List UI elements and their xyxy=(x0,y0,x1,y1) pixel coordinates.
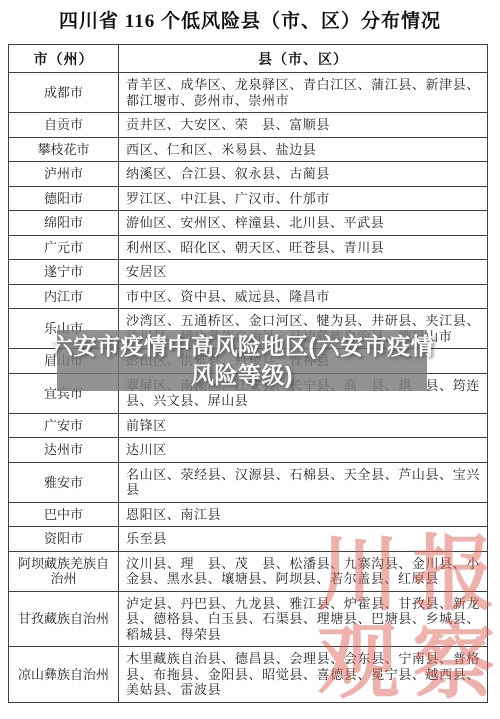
city-cell: 资阳市 xyxy=(9,527,119,552)
table-row: 雅安市名山区、荥经县、汉源县、石棉县、天全县、芦山县、宝兴县 xyxy=(9,462,488,502)
table-row: 巴中市恩阳区、南江县 xyxy=(9,502,488,527)
counties-cell: 利州区、昭化区、朝天区、旺苍县、青川县 xyxy=(119,235,488,260)
counties-cell: 名山区、荥经县、汉源县、石棉县、天全县、芦山县、宝兴县 xyxy=(119,462,488,502)
table-row: 绵阳市游仙区、安州区、梓潼县、北川县、平武县 xyxy=(9,211,488,236)
table-row: 德阳市罗江区、中江县、广汉市、什邡市 xyxy=(9,186,488,211)
counties-cell: 青羊区、成华区、龙泉驿区、青白江区、蒲江县、新津县、都江堰市、彭州市、崇州市 xyxy=(119,73,488,113)
counties-cell: 西区、仁和区、米易县、盐边县 xyxy=(119,137,488,162)
counties-cell: 游仙区、安州区、梓潼县、北川县、平武县 xyxy=(119,211,488,236)
header-counties: 县（市、区） xyxy=(119,45,488,73)
city-cell: 遂宁市 xyxy=(9,260,119,285)
city-cell: 巴中市 xyxy=(9,502,119,527)
table-row: 阿坝藏族羌族自治州汶川县、理 县、茂 县、松潘县、九寨沟县、金川县、小金县、黑水… xyxy=(9,551,488,591)
table-row: 成都市青羊区、成华区、龙泉驿区、青白江区、蒲江县、新津县、都江堰市、彭州市、崇州… xyxy=(9,73,488,113)
table-row: 达州市达川区 xyxy=(9,438,488,463)
table-row: 泸州市纳溪区、合江县、叙永县、古蔺县 xyxy=(9,162,488,187)
counties-cell: 汶川县、理 县、茂 县、松潘县、九寨沟县、金川县、小金县、黑水县、壤塘县、阿坝县… xyxy=(119,551,488,591)
city-cell: 雅安市 xyxy=(9,462,119,502)
table-row: 广元市利州区、昭化区、朝天区、旺苍县、青川县 xyxy=(9,235,488,260)
caption-overlay: 六安市疫情中高风险地区(六安市疫情 风险等级) xyxy=(57,330,427,391)
counties-cell: 市中区、资中县、威远县、隆昌市 xyxy=(119,284,488,309)
table-row: 遂宁市安居区 xyxy=(9,260,488,285)
counties-cell: 前锋区 xyxy=(119,413,488,438)
city-cell: 内江市 xyxy=(9,284,119,309)
counties-cell: 木里藏族自治县、德昌县、会理县、会东县、宁南县、普格县、布拖县、金阳县、昭觉县、… xyxy=(119,647,488,703)
counties-cell: 达川区 xyxy=(119,438,488,463)
table-header-row: 市（州） 县（市、区） xyxy=(9,45,488,73)
city-cell: 攀枝花市 xyxy=(9,137,119,162)
city-cell: 泸州市 xyxy=(9,162,119,187)
counties-cell: 泸定县、丹巴县、九龙县、雅江县、炉霍县、甘孜县、新龙县、德格县、白玉县、石渠县、… xyxy=(119,591,488,647)
city-cell: 绵阳市 xyxy=(9,211,119,236)
city-cell: 广安市 xyxy=(9,413,119,438)
counties-cell: 贡井区、大安区、荣 县、富顺县 xyxy=(119,113,488,138)
counties-cell: 纳溪区、合江县、叙永县、古蔺县 xyxy=(119,162,488,187)
city-cell: 达州市 xyxy=(9,438,119,463)
city-cell: 甘孜藏族自治州 xyxy=(9,591,119,647)
caption-line-1: 六安市疫情中高风险地区(六安市疫情 xyxy=(50,332,434,361)
table-row: 攀枝花市西区、仁和区、米易县、盐边县 xyxy=(9,137,488,162)
city-cell: 广元市 xyxy=(9,235,119,260)
counties-cell: 乐至县 xyxy=(119,527,488,552)
city-cell: 成都市 xyxy=(9,73,119,113)
table-row: 内江市市中区、资中县、威远县、隆昌市 xyxy=(9,284,488,309)
table-row: 资阳市乐至县 xyxy=(9,527,488,552)
counties-cell: 安居区 xyxy=(119,260,488,285)
city-cell: 自贡市 xyxy=(9,113,119,138)
header-city: 市（州） xyxy=(9,45,119,73)
table-row: 甘孜藏族自治州泸定县、丹巴县、九龙县、雅江县、炉霍县、甘孜县、新龙县、德格县、白… xyxy=(9,591,488,647)
caption-line-2: 风险等级) xyxy=(191,361,293,390)
counties-cell: 恩阳区、南江县 xyxy=(119,502,488,527)
table-row: 广安市前锋区 xyxy=(9,413,488,438)
city-cell: 凉山彝族自治州 xyxy=(9,647,119,703)
table-row: 凉山彝族自治州木里藏族自治县、德昌县、会理县、会东县、宁南县、普格县、布拖县、金… xyxy=(9,647,488,703)
table-row: 自贡市贡井区、大安区、荣 县、富顺县 xyxy=(9,113,488,138)
city-cell: 阿坝藏族羌族自治州 xyxy=(9,551,119,591)
counties-cell: 罗江区、中江县、广汉市、什邡市 xyxy=(119,186,488,211)
city-cell: 德阳市 xyxy=(9,186,119,211)
page-title: 四川省 116 个低风险县（市、区）分布情况 xyxy=(0,6,500,33)
